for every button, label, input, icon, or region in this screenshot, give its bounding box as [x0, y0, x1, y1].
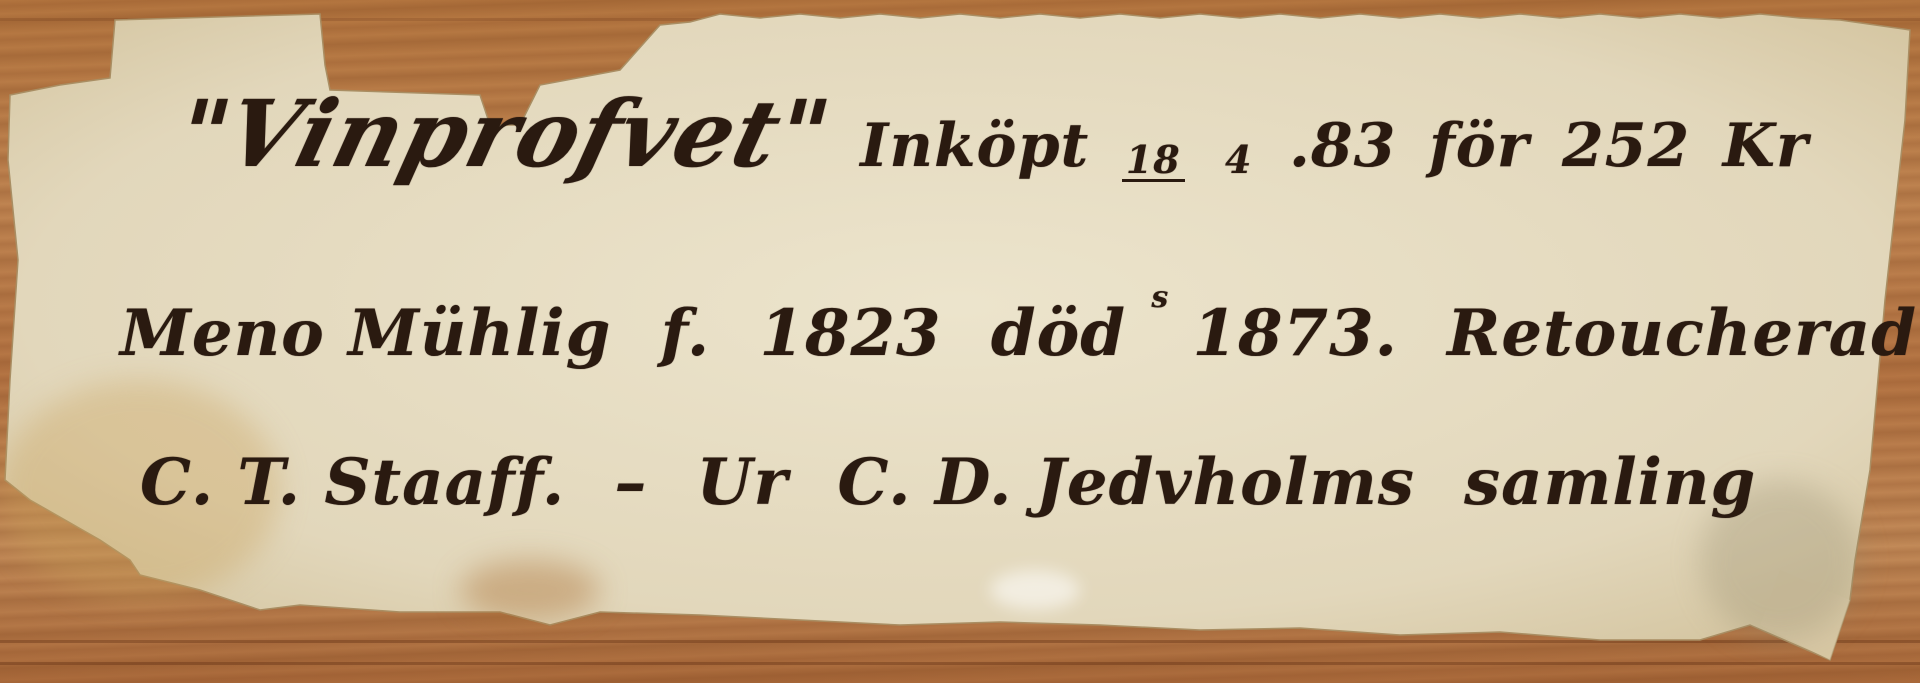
label-line-3: C. T. Staaff. – Ur C. D. Jedvholms samli… — [140, 445, 1782, 520]
handwritten-text: "Vinprofvet" Inköpt 18 4 .83 för 252 Kr … — [0, 0, 1920, 683]
died-superscript: s — [1151, 280, 1169, 315]
purchased-label: Inköpt — [860, 111, 1089, 181]
date-day: 18 — [1122, 141, 1185, 182]
purchase-year: .83 — [1289, 111, 1396, 181]
label-line-2: Meno Mühlig f. 1823 död s 1873. Retouche… — [120, 280, 1920, 371]
retoucher-name: C. T. Staaff. — [140, 445, 565, 520]
retouched-label: Retoucherad — [1447, 296, 1917, 371]
price-unit: Kr — [1723, 111, 1809, 181]
died-year: 1873. — [1192, 296, 1397, 371]
collection-owner: C. D. Jedvholms — [837, 445, 1414, 520]
died-label: död — [991, 296, 1126, 371]
date-month: 4 — [1225, 141, 1252, 179]
born-label: f. — [661, 296, 711, 371]
born-year: 1823 — [759, 296, 941, 371]
price-prefix: för — [1429, 111, 1529, 181]
artist-name: Meno Mühlig — [120, 296, 611, 371]
purchase-date-fraction: 18 4 — [1122, 141, 1279, 182]
price-value: 252 — [1562, 111, 1690, 181]
artwork-title: "Vinprofvet" — [167, 80, 842, 188]
collection-label: samling — [1464, 445, 1756, 520]
separator-dash: – — [614, 445, 647, 520]
label-line-1: "Vinprofvet" Inköpt 18 4 .83 för 252 Kr — [180, 80, 1835, 188]
from-label: Ur — [697, 445, 789, 520]
